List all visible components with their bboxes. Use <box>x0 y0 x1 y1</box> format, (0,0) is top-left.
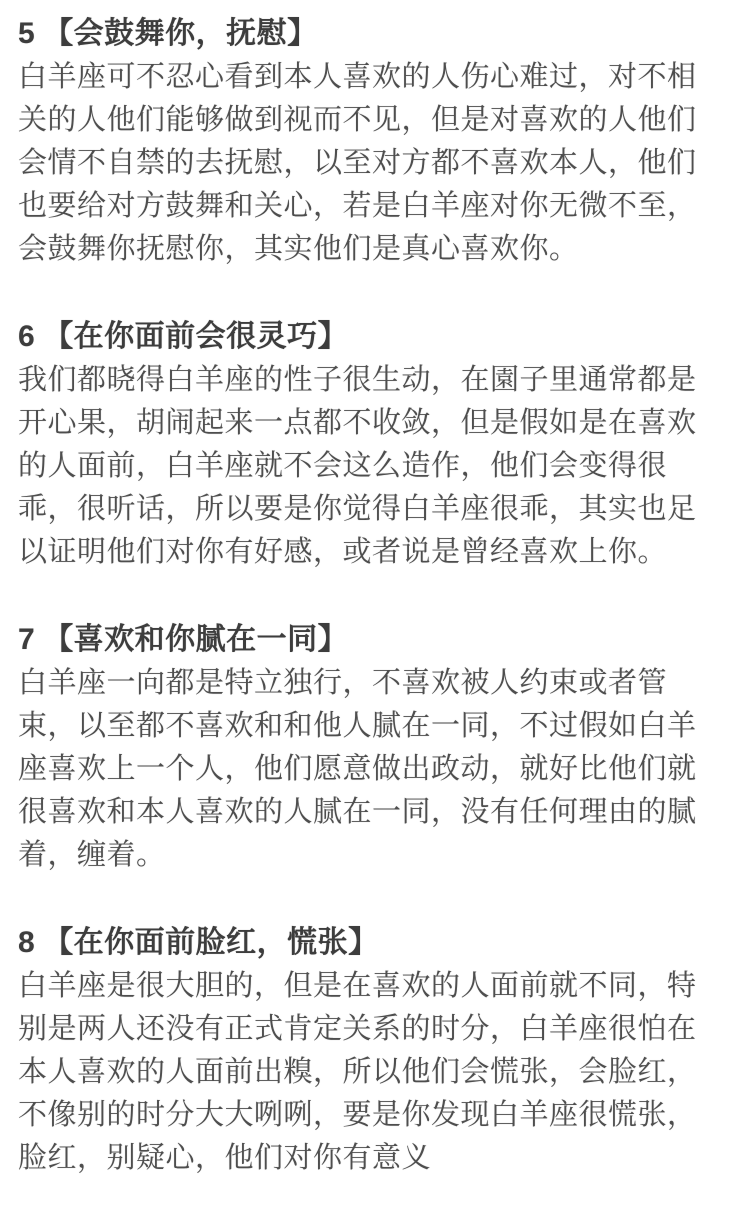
text-line: 白羊座一向都是特立独行，不喜欢被人约束或者管 <box>18 662 720 705</box>
text-line: 白羊座可不忍心看到本人喜欢的人伤心难过，对不相 <box>18 56 720 99</box>
text-line: 以证明他们对你有好感，或者说是曾经喜欢上你。 <box>18 531 720 574</box>
section-number: 7 <box>18 623 35 656</box>
article-page: 5【会鼓舞你，抚慰】白羊座可不忍心看到本人喜欢的人伤心难过，对不相关的人他们能够… <box>0 0 734 1215</box>
section-heading: 6【在你面前会很灵巧】 <box>18 315 720 359</box>
section-body: 白羊座一向都是特立独行，不喜欢被人约束或者管束，以至都不喜欢和和他人腻在一同，不… <box>18 662 720 877</box>
text-line: 束，以至都不喜欢和和他人腻在一同，不过假如白羊 <box>18 705 720 748</box>
text-line: 座喜欢上一个人，他们愿意做出政动，就好比他们就 <box>18 748 720 791</box>
section-body: 白羊座可不忍心看到本人喜欢的人伤心难过，对不相关的人他们能够做到视而不见，但是对… <box>18 56 720 271</box>
text-line: 乖，很听话，所以要是你觉得白羊座很乖，其实也足 <box>18 488 720 531</box>
text-line: 会情不自禁的去抚慰，以至对方都不喜欢本人，他们 <box>18 142 720 185</box>
text-line: 也要给对方鼓舞和关心，若是白羊座对你无微不至， <box>18 185 720 228</box>
section-title: 【会鼓舞你，抚慰】 <box>43 17 318 50</box>
section-heading: 8【在你面前脸红，慌张】 <box>18 921 720 965</box>
section-number: 5 <box>18 17 35 50</box>
section-number: 6 <box>18 320 35 353</box>
text-line: 着，缠着。 <box>18 834 720 877</box>
section-heading: 5【会鼓舞你，抚慰】 <box>18 12 720 56</box>
section-number: 8 <box>18 926 35 959</box>
text-line: 白羊座是很大胆的，但是在喜欢的人面前就不同，特 <box>18 965 720 1008</box>
article-section: 8【在你面前脸红，慌张】白羊座是很大胆的，但是在喜欢的人面前就不同，特别是两人还… <box>18 921 720 1180</box>
text-line: 很喜欢和本人喜欢的人腻在一同，没有任何理由的腻 <box>18 791 720 834</box>
section-title: 【在你面前脸红，慌张】 <box>43 926 379 959</box>
text-line: 会鼓舞你抚慰你，其实他们是真心喜欢你。 <box>18 228 720 271</box>
text-line: 关的人他们能够做到视而不见，但是对喜欢的人他们 <box>18 99 720 142</box>
article-section: 7【喜欢和你腻在一同】白羊座一向都是特立独行，不喜欢被人约束或者管束，以至都不喜… <box>18 618 720 877</box>
text-line: 的人面前，白羊座就不会这么造作，他们会变得很 <box>18 445 720 488</box>
text-line: 脸红，别疑心，他们对你有意义 <box>18 1137 720 1180</box>
section-title: 【在你面前会很灵巧】 <box>43 320 348 353</box>
section-body: 白羊座是很大胆的，但是在喜欢的人面前就不同，特别是两人还没有正式肯定关系的时分，… <box>18 965 720 1180</box>
text-line: 别是两人还没有正式肯定关系的时分，白羊座很怕在 <box>18 1008 720 1051</box>
text-line: 本人喜欢的人面前出糗，所以他们会慌张，会脸红， <box>18 1051 720 1094</box>
article-section: 6【在你面前会很灵巧】我们都晓得白羊座的性子很生动，在園子里通常都是开心果，胡闹… <box>18 315 720 574</box>
article-sections: 5【会鼓舞你，抚慰】白羊座可不忍心看到本人喜欢的人伤心难过，对不相关的人他们能够… <box>18 12 720 1180</box>
text-line: 我们都晓得白羊座的性子很生动，在園子里通常都是 <box>18 359 720 402</box>
article-section: 5【会鼓舞你，抚慰】白羊座可不忍心看到本人喜欢的人伤心难过，对不相关的人他们能够… <box>18 12 720 271</box>
section-heading: 7【喜欢和你腻在一同】 <box>18 618 720 662</box>
text-line: 开心果，胡闹起来一点都不收敛，但是假如是在喜欢 <box>18 402 720 445</box>
text-line: 不像别的时分大大咧咧，要是你发现白羊座很慌张， <box>18 1094 720 1137</box>
section-title: 【喜欢和你腻在一同】 <box>43 623 348 656</box>
section-body: 我们都晓得白羊座的性子很生动，在園子里通常都是开心果，胡闹起来一点都不收敛，但是… <box>18 359 720 574</box>
